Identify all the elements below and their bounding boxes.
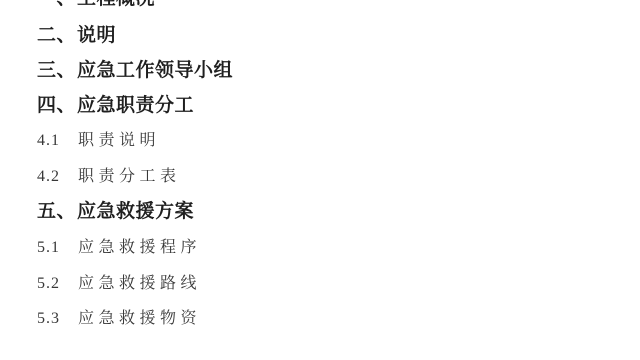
- toc-entry-heading: 一、工程概况: [37, 0, 155, 9]
- toc-entry-subitem: 4.1职责说明: [37, 131, 160, 151]
- toc-entry-number: 4.1: [37, 131, 78, 151]
- toc-entry-title: 应急工作领导小组: [77, 60, 233, 81]
- toc-entry-title: 应急救援方案: [77, 201, 194, 222]
- toc-entry-title: 应急救援路线: [78, 275, 201, 292]
- toc-entry-title: 职责说明: [78, 132, 160, 149]
- toc-entry-number: 5.2: [37, 274, 78, 294]
- toc-entry-number: 五、: [37, 202, 76, 222]
- toc-entry-heading: 二、说明: [37, 26, 116, 46]
- toc-entry-number: 4.2: [37, 167, 78, 187]
- toc-entry-number: 一、: [37, 0, 76, 9]
- toc-entry-title: 说明: [77, 25, 116, 46]
- document-page: 一、工程概况 二、说明 三、应急工作领导小组 四、应急职责分工 4.1职责说明 …: [0, 0, 640, 360]
- toc-entry-number: 5.3: [37, 309, 78, 329]
- toc-entry-subitem: 4.2职责分工表: [37, 167, 181, 187]
- toc-entry-title: 职责分工表: [78, 168, 181, 185]
- toc-entry-number: 三、: [37, 61, 76, 81]
- toc-entry-number: 四、: [37, 96, 76, 116]
- toc-entry-subitem: 5.2应急救援路线: [37, 274, 201, 294]
- toc-entry-subitem: 5.1应急救援程序: [37, 238, 201, 258]
- toc-entry-number: 5.1: [37, 238, 78, 258]
- toc-entry-heading: 四、应急职责分工: [37, 96, 194, 116]
- toc-entry-heading: 三、应急工作领导小组: [37, 61, 233, 81]
- toc-entry-title: 工程概况: [77, 0, 155, 9]
- toc-entry-title: 应急救援物资: [78, 310, 201, 327]
- toc-entry-subitem: 5.3应急救援物资: [37, 309, 201, 329]
- toc-entry-number: 二、: [37, 26, 76, 46]
- toc-entry-heading: 五、应急救援方案: [37, 202, 194, 222]
- toc-entry-title: 应急职责分工: [77, 95, 194, 116]
- toc-entry-title: 应急救援程序: [78, 239, 201, 256]
